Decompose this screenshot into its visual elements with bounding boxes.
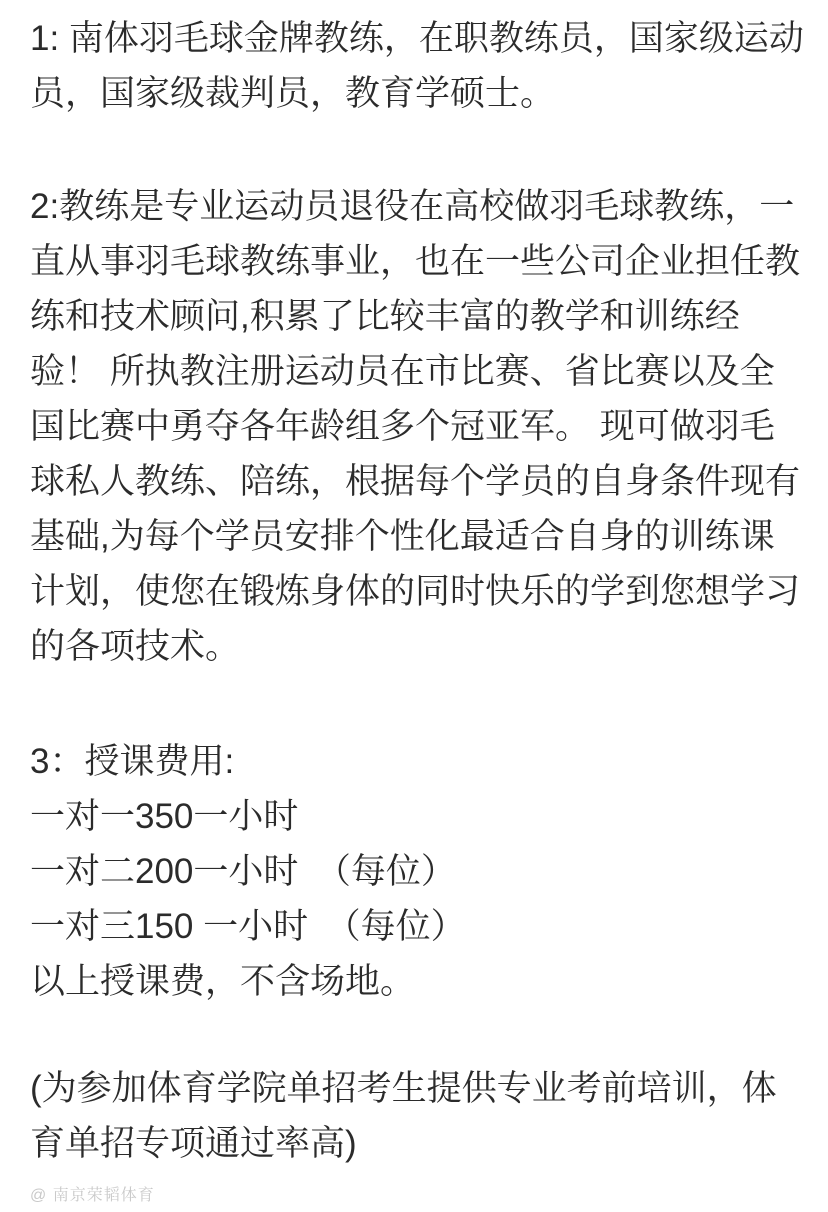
fees-section: 3：授课费用: 一对一350一小时 一对二200一小时 （每位） 一对三150 …	[30, 734, 805, 1009]
watermark: @ 南京荣韬体育	[30, 1185, 805, 1207]
article-page: 1: 南体羽毛球金牌教练，在职教练员，国家级运动员，国家级裁判员，教育学硕士。 …	[0, 0, 828, 1207]
fee-line-one-on-one: 一对一350一小时	[30, 789, 805, 844]
fees-heading: 3：授课费用:	[30, 734, 805, 789]
coach-bio-paragraph: 2:教练是专业运动员退役在高校做羽毛球教练，一直从事羽毛球教练事业，也在一些公司…	[30, 179, 805, 674]
exam-training-note: (为参加体育学院单招考生提供专业考前培训，体育单招专项通过率高)	[30, 1061, 805, 1171]
fee-line-one-on-three: 一对三150 一小时 （每位）	[30, 899, 805, 954]
intro-paragraph: 1: 南体羽毛球金牌教练，在职教练员，国家级运动员，国家级裁判员，教育学硕士。	[30, 11, 805, 121]
fee-line-venue-note: 以上授课费，不含场地。	[30, 954, 805, 1009]
fee-line-one-on-two: 一对二200一小时 （每位）	[30, 844, 805, 899]
